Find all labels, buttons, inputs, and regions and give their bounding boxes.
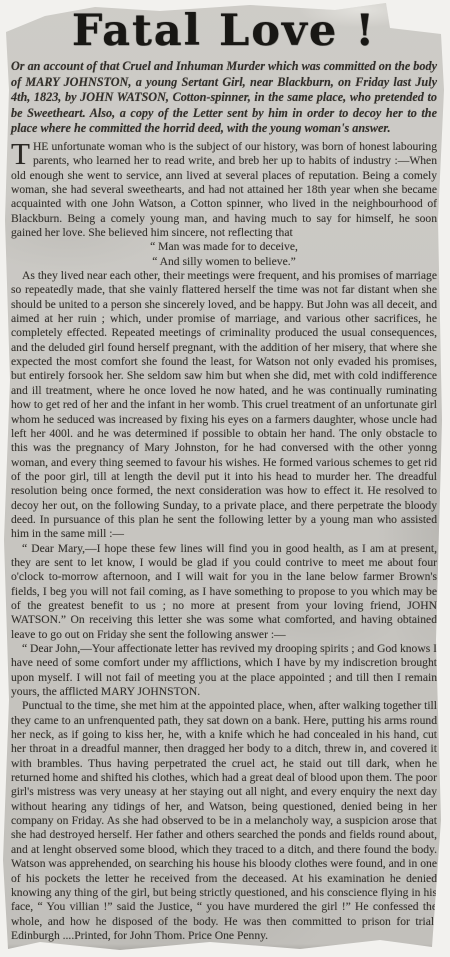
paragraph-courtship: As they lived near each other, their mee… <box>11 269 437 542</box>
broadside-content: Fatal Love ! Or an account of that Cruel… <box>11 5 437 943</box>
imprint: Edinburgh ....Printed, for John Thom. Pr… <box>11 929 268 942</box>
page-title: Fatal Love ! <box>11 7 437 55</box>
subtitle: Or an account of that Cruel and Inhuman … <box>11 59 437 137</box>
letter-from-johnston: “ Dear John,—Your affectionate letter ha… <box>11 642 437 699</box>
broadside-paper: Fatal Love ! Or an account of that Cruel… <box>0 0 450 957</box>
drop-cap-initial: T <box>11 140 33 167</box>
paragraph-opening: THE unfortunate woman who is the subject… <box>11 140 437 240</box>
letter-from-watson: “ Dear Mary,—I hope these few lines will… <box>11 542 437 642</box>
paragraph-opening-text: HE unfortunate woman who is the subject … <box>11 140 437 239</box>
scanned-page-background: Fatal Love ! Or an account of that Cruel… <box>0 0 450 957</box>
verse-line-2: “ And silly women to believe.” <box>11 255 437 269</box>
paragraph-murder-and-imprint: Punctual to the time, she met him at the… <box>11 699 437 943</box>
paragraph-murder-text: Punctual to the time, she met him at the… <box>11 699 437 927</box>
verse-line-1: “ Man was made for to deceive, <box>11 240 437 254</box>
verse-couplet: “ Man was made for to deceive, “ And sil… <box>11 240 437 269</box>
